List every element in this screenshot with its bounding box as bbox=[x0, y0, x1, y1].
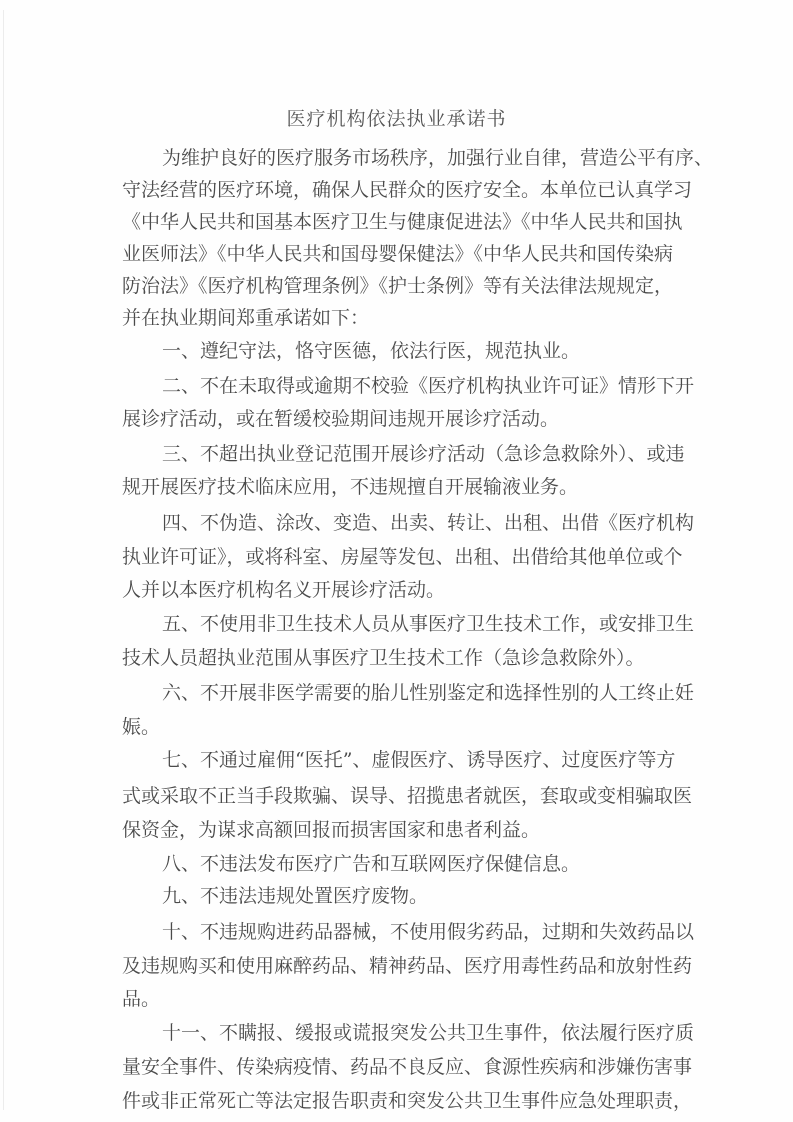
body-text-line: 九、不违法违规处置医疗废物。 bbox=[162, 884, 673, 908]
body-text-line: 七、不通过雇佣“医托”、虚假医疗、诱导医疗、过度医疗等方 bbox=[162, 748, 673, 772]
body-text-line: 为维护良好的医疗服务市场秩序，加强行业自律，营造公平有序、 bbox=[162, 146, 673, 170]
document-page: 医疗机构依法执业承诺书 为维护良好的医疗服务市场秩序，加强行业自律，营造公平有序… bbox=[0, 0, 793, 1122]
body-text-line: 三、不超出执业登记范围开展诊疗活动（急诊急救除外）、或违 bbox=[162, 442, 673, 466]
body-text-line: 并在执业期间郑重承诺如下： bbox=[122, 306, 673, 330]
body-text-line: 八、不违法发布医疗广告和互联网医疗保健信息。 bbox=[162, 852, 673, 876]
body-text-line: 量安全事件、传染病疫情、药品不良反应、食源性疾病和涉嫌伤害事 bbox=[122, 1055, 673, 1079]
body-text-line: 执业许可证》，或将科室、房屋等发包、出租、出借给其他单位或个 bbox=[122, 545, 673, 569]
body-text-line: 一、遵纪守法，恪守医德，依法行医，规范执业。 bbox=[162, 339, 673, 363]
body-text-line: 十、不违规购进药品器械，不使用假劣药品，过期和失效药品以 bbox=[162, 920, 673, 944]
body-text-line: 展诊疗活动，或在暂缓校验期间违规开展诊疗活动。 bbox=[122, 407, 673, 431]
body-text-line: 六、不开展非医学需要的胎儿性别鉴定和选择性别的人工终止妊 bbox=[162, 681, 673, 705]
body-text-line: 二、不在未取得或逾期不校验《医疗机构执业许可证》情形下开 bbox=[162, 374, 673, 398]
body-text-line: 四、不伪造、涂改、变造、出卖、转让、出租、出借《医疗机构 bbox=[162, 511, 673, 535]
body-text-line: 保资金，为谋求高额回报而损害国家和患者利益。 bbox=[122, 818, 673, 842]
body-text-line: 品。 bbox=[122, 987, 673, 1011]
body-text-line: 《中华人民共和国基本医疗卫生与健康促进法》《中华人民共和国执 bbox=[122, 210, 673, 234]
body-text-line: 娠。 bbox=[122, 715, 673, 739]
body-text-line: 防治法》《医疗机构管理条例》《护士条例》等有关法律法规规定， bbox=[122, 274, 673, 298]
document-title: 医疗机构依法执业承诺书 bbox=[0, 104, 793, 131]
scan-edge-line bbox=[3, 10, 4, 1110]
body-text-line: 技术人员超执业范围从事医疗卫生技术工作（急诊急救除外）。 bbox=[122, 646, 673, 670]
body-text-line: 十一、不瞒报、缓报或谎报突发公共卫生事件，依法履行医疗质 bbox=[162, 1021, 673, 1045]
body-text-line: 五、不使用非卫生技术人员从事医疗卫生技术工作，或安排卫生 bbox=[162, 612, 673, 636]
body-text-line: 守法经营的医疗环境，确保人民群众的医疗安全。本单位已认真学习 bbox=[122, 178, 673, 202]
body-text-line: 件或非正常死亡等法定报告职责和突发公共卫生事件应急处理职责， bbox=[122, 1089, 673, 1113]
body-text-line: 及违规购买和使用麻醉药品、精神药品、医疗用毒性药品和放射性药 bbox=[122, 954, 673, 978]
body-text-line: 人并以本医疗机构名义开展诊疗活动。 bbox=[122, 578, 673, 602]
body-text-line: 规开展医疗技术临床应用，不违规擅自开展输液业务。 bbox=[122, 475, 673, 499]
body-text-line: 式或采取不正当手段欺骗、误导、招揽患者就医，套取或变相骗取医 bbox=[122, 784, 673, 808]
body-text-line: 业医师法》《中华人民共和国母婴保健法》《中华人民共和国传染病 bbox=[122, 242, 673, 266]
